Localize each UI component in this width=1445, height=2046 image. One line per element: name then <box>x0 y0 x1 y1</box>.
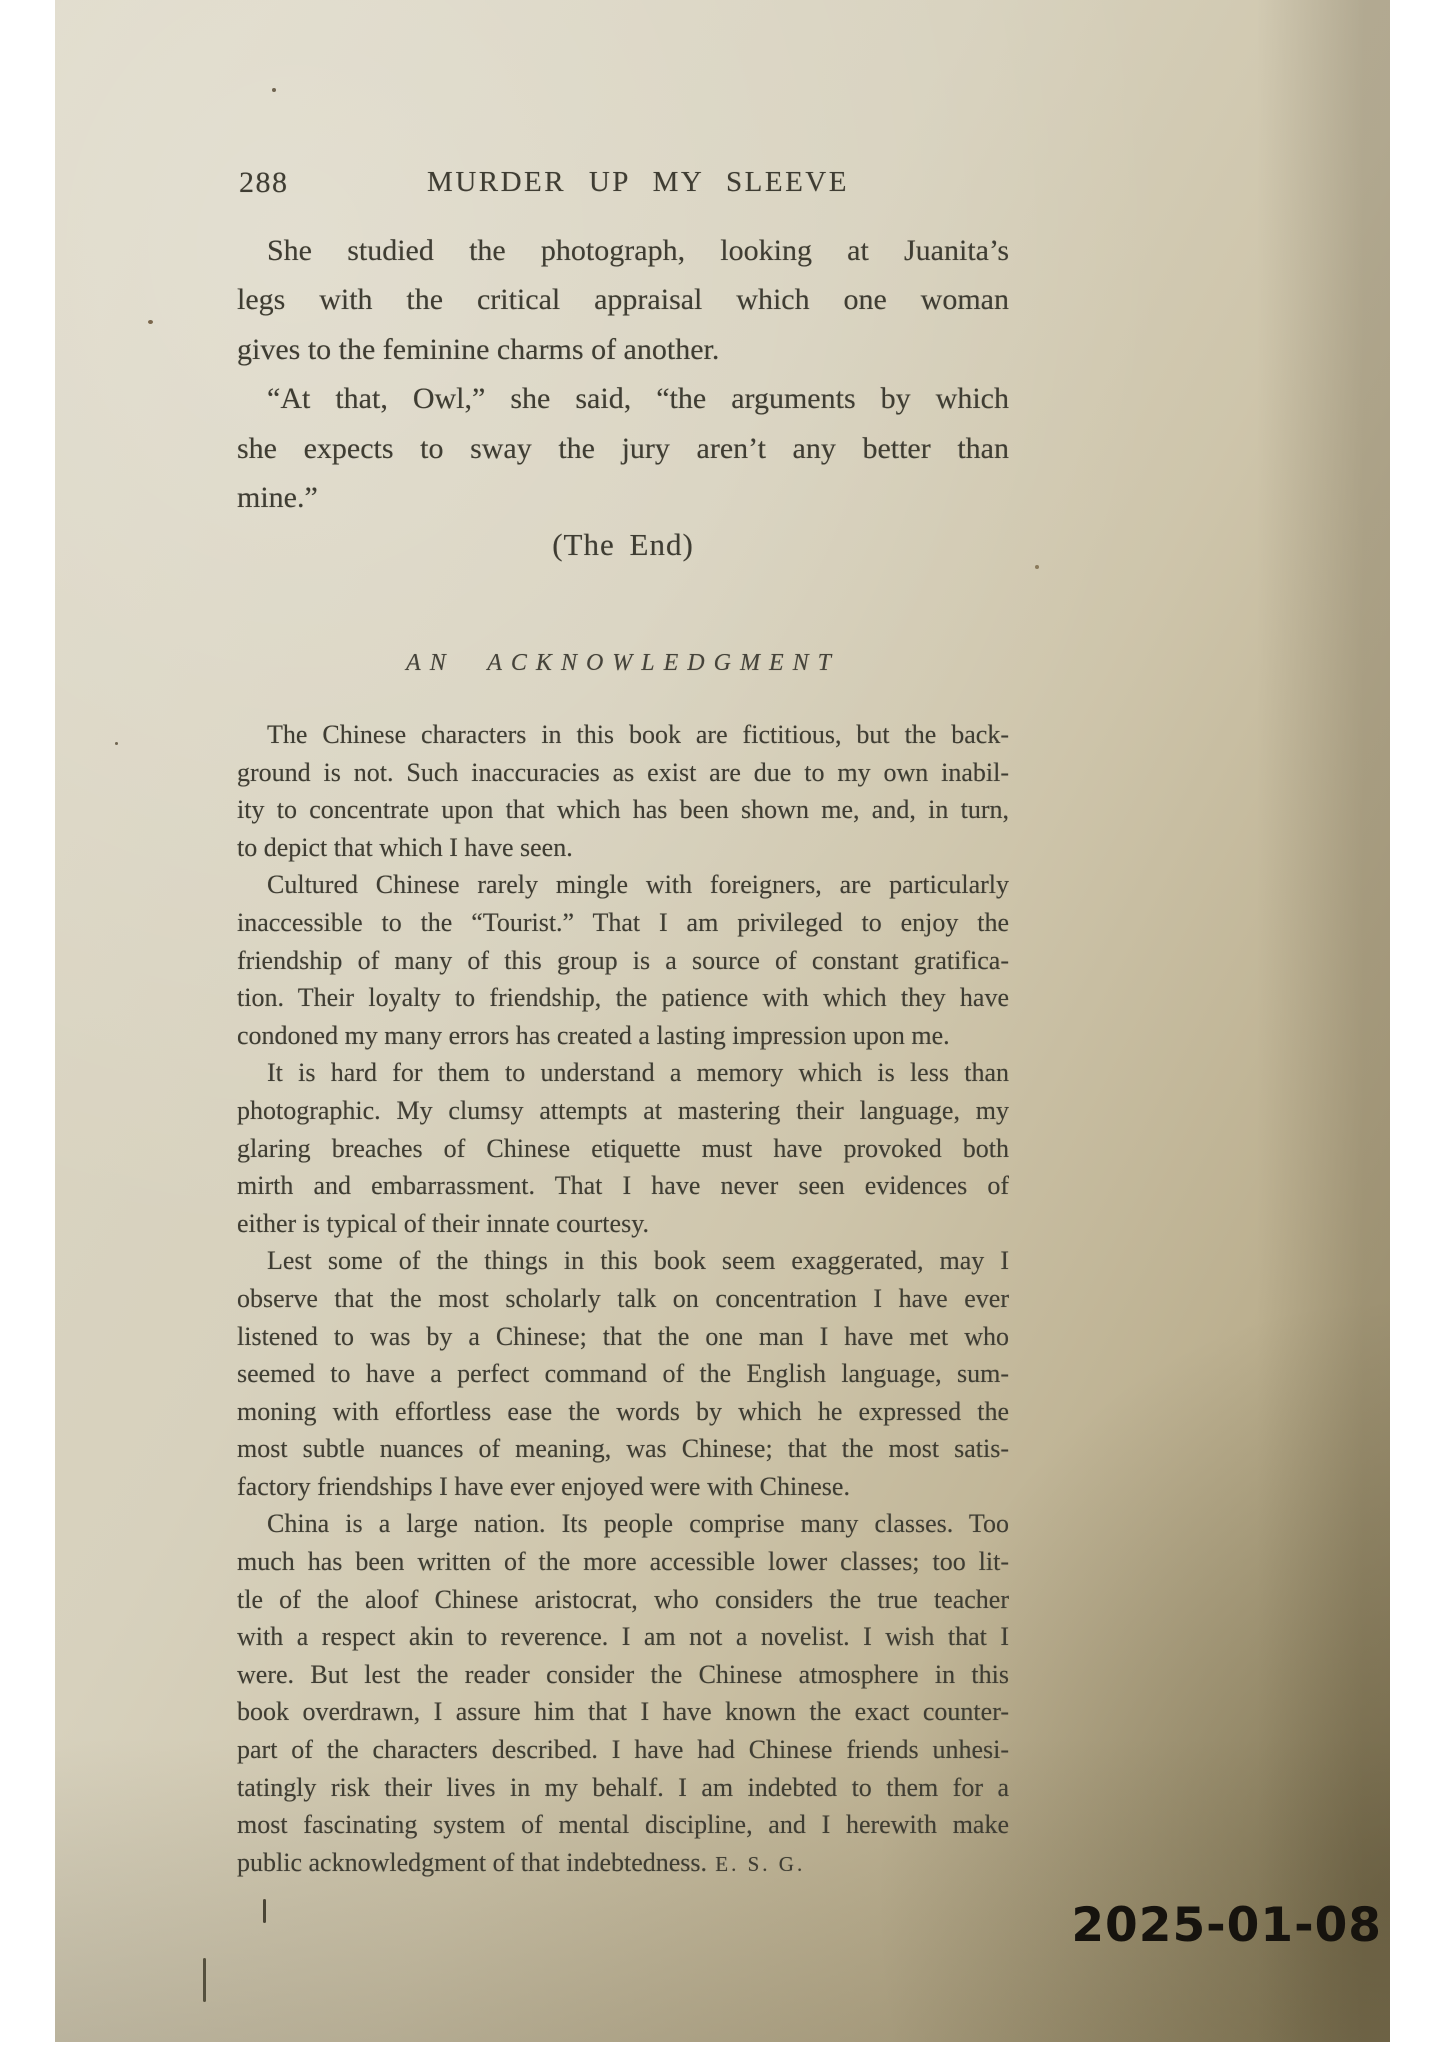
paper-speck <box>1035 565 1039 569</box>
paper-speck <box>115 742 118 745</box>
text-line: friendship of many of this group is a so… <box>237 942 1009 980</box>
text-line: she expects to sway the jury aren’t any … <box>237 424 1009 473</box>
date-stamp: 2025-01-08 <box>1071 1898 1382 1953</box>
text-line: Cultured Chinese rarely mingle with fore… <box>237 866 1009 904</box>
text-line: listened to was by a Chinese; that the o… <box>237 1318 1009 1356</box>
paragraph: The Chinese characters in this book are … <box>237 716 1009 866</box>
text-line: observe that the most scholarly talk on … <box>237 1280 1009 1318</box>
text-line: mirth and embarrassment. That I have nev… <box>237 1167 1009 1205</box>
text-line: with a respect akin to reverence. I am n… <box>237 1618 1009 1656</box>
paragraph: Lest some of the things in this book see… <box>237 1242 1009 1505</box>
text-line: ground is not. Such inaccuracies as exis… <box>237 754 1009 792</box>
text-line: book overdrawn, I assure him that I have… <box>237 1693 1009 1731</box>
text-line: part of the characters described. I have… <box>237 1731 1009 1769</box>
ink-mark <box>203 1958 206 2002</box>
text-line: “At that, Owl,” she said, “the arguments… <box>237 374 1009 423</box>
acknowledgment-text: The Chinese characters in this book are … <box>237 716 1009 1881</box>
text-line: public acknowledgment of that indebtedne… <box>237 1844 1009 1882</box>
text-line: inaccessible to the “Tourist.” That I am… <box>237 904 1009 942</box>
book-page-photo: 288 MURDER UP MY SLEEVE She studied the … <box>55 0 1390 2042</box>
text-line: much has been written of the more access… <box>237 1543 1009 1581</box>
text-line: to depict that which I have seen. <box>237 829 1009 867</box>
text-line: mine.” <box>237 473 1009 522</box>
text-line: China is a large nation. Its people comp… <box>237 1505 1009 1543</box>
text-line: photographic. My clumsy attempts at mast… <box>237 1092 1009 1130</box>
story-text: She studied the photograph, looking at J… <box>237 226 1009 522</box>
text-line: glaring breaches of Chinese etiquette mu… <box>237 1130 1009 1168</box>
text-line: Lest some of the things in this book see… <box>237 1242 1009 1280</box>
text-line: condoned my many errors has created a la… <box>237 1017 1009 1055</box>
text-line: The Chinese characters in this book are … <box>237 716 1009 754</box>
text-line: either is typical of their innate courte… <box>237 1205 1009 1243</box>
text-line: It is hard for them to understand a memo… <box>237 1054 1009 1092</box>
running-title: MURDER UP MY SLEEVE <box>237 166 1009 199</box>
acknowledgment-heading: AN ACKNOWLEDGMENT <box>237 650 1009 677</box>
text-line: gives to the feminine charms of another. <box>237 325 1009 374</box>
paper-speck <box>148 320 153 324</box>
paragraph: She studied the photograph, looking at J… <box>237 226 1009 374</box>
text-line: most subtle nuances of meaning, was Chin… <box>237 1430 1009 1468</box>
text-line: factory friendships I have ever enjoyed … <box>237 1468 1009 1506</box>
page-header: 288 MURDER UP MY SLEEVE <box>237 166 1009 206</box>
author-initials: E. S. G. <box>707 1852 805 1876</box>
end-marker: (The End) <box>237 527 1009 563</box>
paragraph: “At that, Owl,” she said, “the arguments… <box>237 374 1009 522</box>
text-line: were. But lest the reader consider the C… <box>237 1656 1009 1694</box>
paragraph: It is hard for them to understand a memo… <box>237 1054 1009 1242</box>
paragraph: China is a large nation. Its people comp… <box>237 1505 1009 1881</box>
text-line: tatingly risk their lives in my behalf. … <box>237 1769 1009 1807</box>
text-line: moning with effortless ease the words by… <box>237 1393 1009 1431</box>
text-line: She studied the photograph, looking at J… <box>237 226 1009 275</box>
text-line: most fascinating system of mental discip… <box>237 1806 1009 1844</box>
text-line: tle of the aloof Chinese aristocrat, who… <box>237 1581 1009 1619</box>
text-line: legs with the critical appraisal which o… <box>237 275 1009 324</box>
text-line: seemed to have a perfect command of the … <box>237 1355 1009 1393</box>
text-line: tion. Their loyalty to friendship, the p… <box>237 979 1009 1017</box>
text-column: 288 MURDER UP MY SLEEVE She studied the … <box>237 0 1009 2042</box>
page-number: 288 <box>239 166 289 200</box>
text-line: ity to concentrate upon that which has b… <box>237 791 1009 829</box>
paragraph: Cultured Chinese rarely mingle with fore… <box>237 866 1009 1054</box>
